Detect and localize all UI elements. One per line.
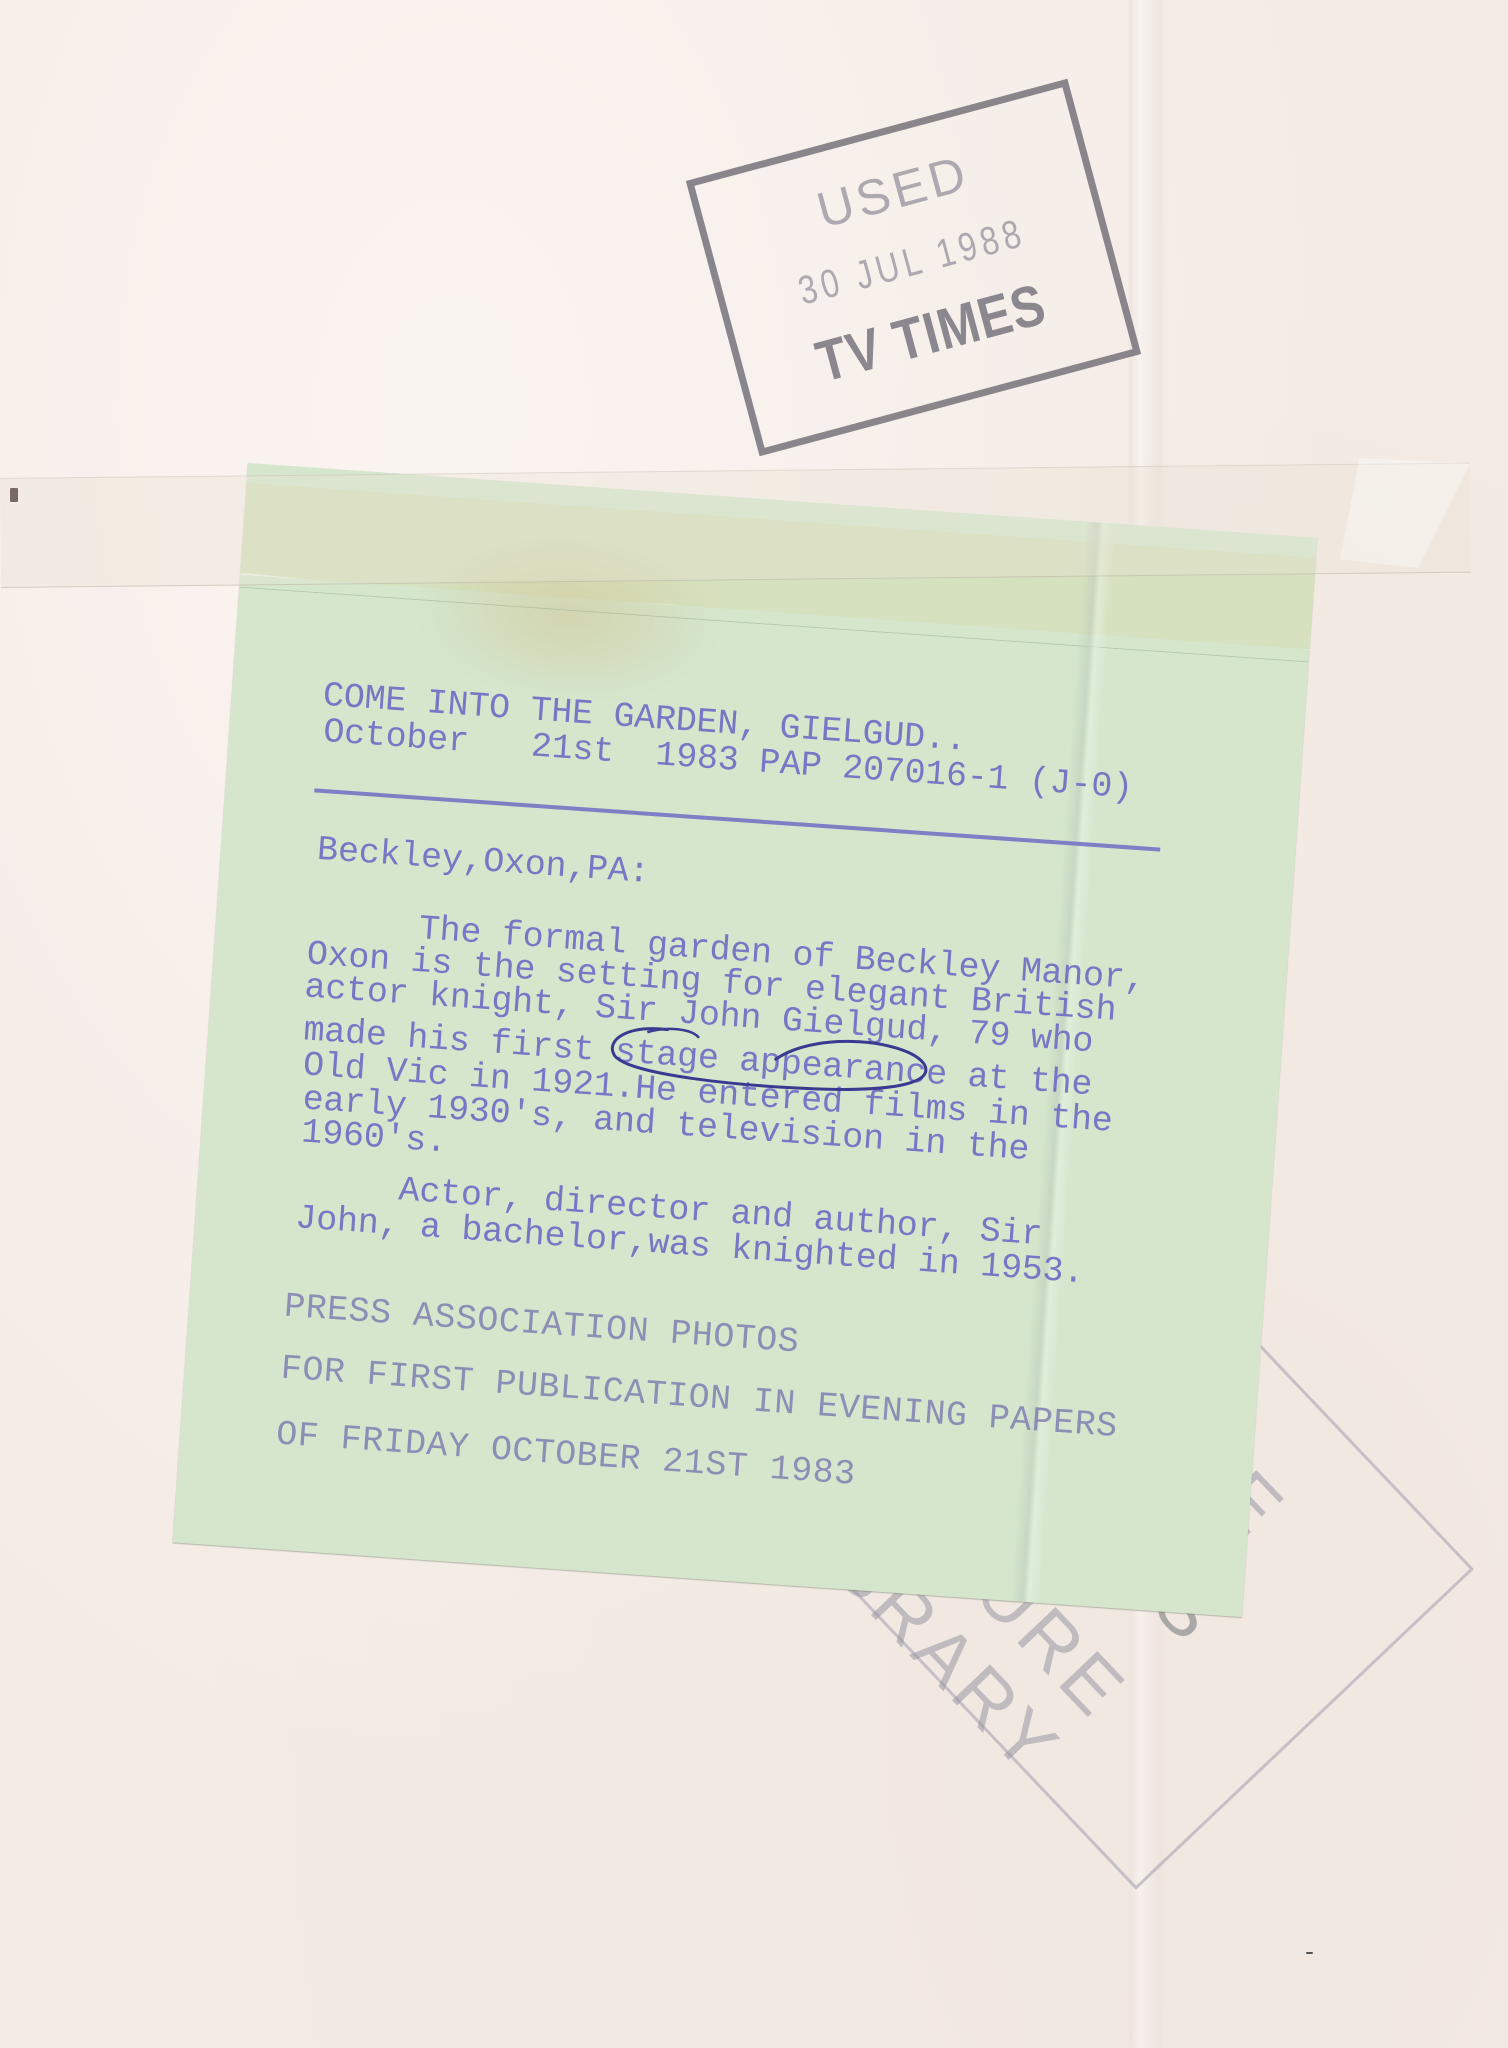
- caption-card: COME INTO THE GARDEN, GIELGUD.. October …: [173, 463, 1318, 1617]
- body-line: 1960's.: [300, 1115, 448, 1160]
- paper-mark: [1306, 1952, 1313, 1954]
- paper-mark: [10, 488, 18, 502]
- embargo-date: OF FRIDAY OCTOBER 21ST 1983: [275, 1417, 857, 1492]
- caption-dateline: Beckley,Oxon,PA:: [316, 833, 650, 891]
- adhesive-tape: [0, 463, 1471, 588]
- photo-credit: PRESS ASSOCIATION PHOTOS: [283, 1290, 800, 1361]
